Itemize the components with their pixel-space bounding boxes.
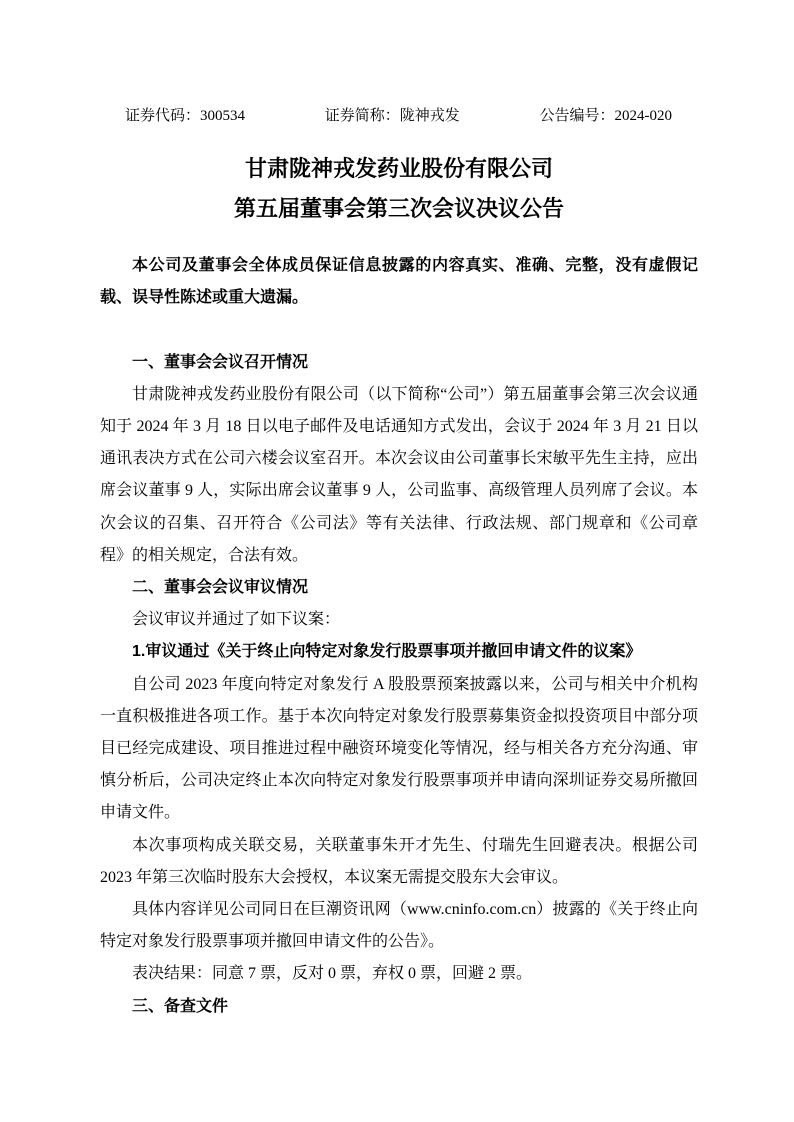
- section2-intro: 会议审议并通过了如下议案：: [100, 604, 698, 636]
- proposal1-heading: 1.审议通过《关于终止向特定对象发行股票事项并撤回申请文件的议案》: [100, 636, 698, 668]
- stock-code: 证券代码：300534: [125, 100, 245, 132]
- section1-heading: 一、董事会会议召开情况: [100, 347, 698, 379]
- proposal1-paragraph-1: 自公司 2023 年度向特定对象发行 A 股股票预案披露以来，公司与相关中介机构…: [100, 669, 698, 830]
- announcement-number: 公告编号：2024-020: [540, 100, 673, 132]
- company-name-title-line: 甘肃陇神戎发药业股份有限公司: [100, 149, 698, 189]
- document-header: 证券代码：300534 证券简称：陇神戎发 公告编号：2024-020: [100, 100, 698, 132]
- meeting-resolution-title-line: 第五届董事会第三次会议决议公告: [100, 189, 698, 229]
- section2-heading: 二、董事会会议审议情况: [100, 572, 698, 604]
- proposal1-vote-result: 表决结果：同意 7 票，反对 0 票，弃权 0 票，回避 2 票。: [100, 958, 698, 990]
- document-title: 甘肃陇神戎发药业股份有限公司 第五届董事会第三次会议决议公告: [100, 149, 698, 229]
- proposal1-paragraph-3: 具体内容详见公司同日在巨潮资讯网（www.cninfo.com.cn）披露的《关…: [100, 894, 698, 958]
- disclaimer-statement: 本公司及董事会全体成员保证信息披露的内容真实、准确、完整，没有虚假记载、误导性陈…: [100, 250, 698, 314]
- proposal1-paragraph-2: 本次事项构成关联交易，关联董事朱开才先生、付瑞先生回避表决。根据公司 2023 …: [100, 830, 698, 894]
- stock-abbr: 证券简称：陇神戎发: [325, 100, 460, 132]
- announcement-page: 证券代码：300534 证券简称：陇神戎发 公告编号：2024-020 甘肃陇神…: [0, 0, 794, 1122]
- section3-heading: 三、备查文件: [100, 991, 698, 1023]
- section1-paragraph: 甘肃陇神戎发药业股份有限公司（以下简称“公司”）第五届董事会第三次会议通知于 2…: [100, 379, 698, 572]
